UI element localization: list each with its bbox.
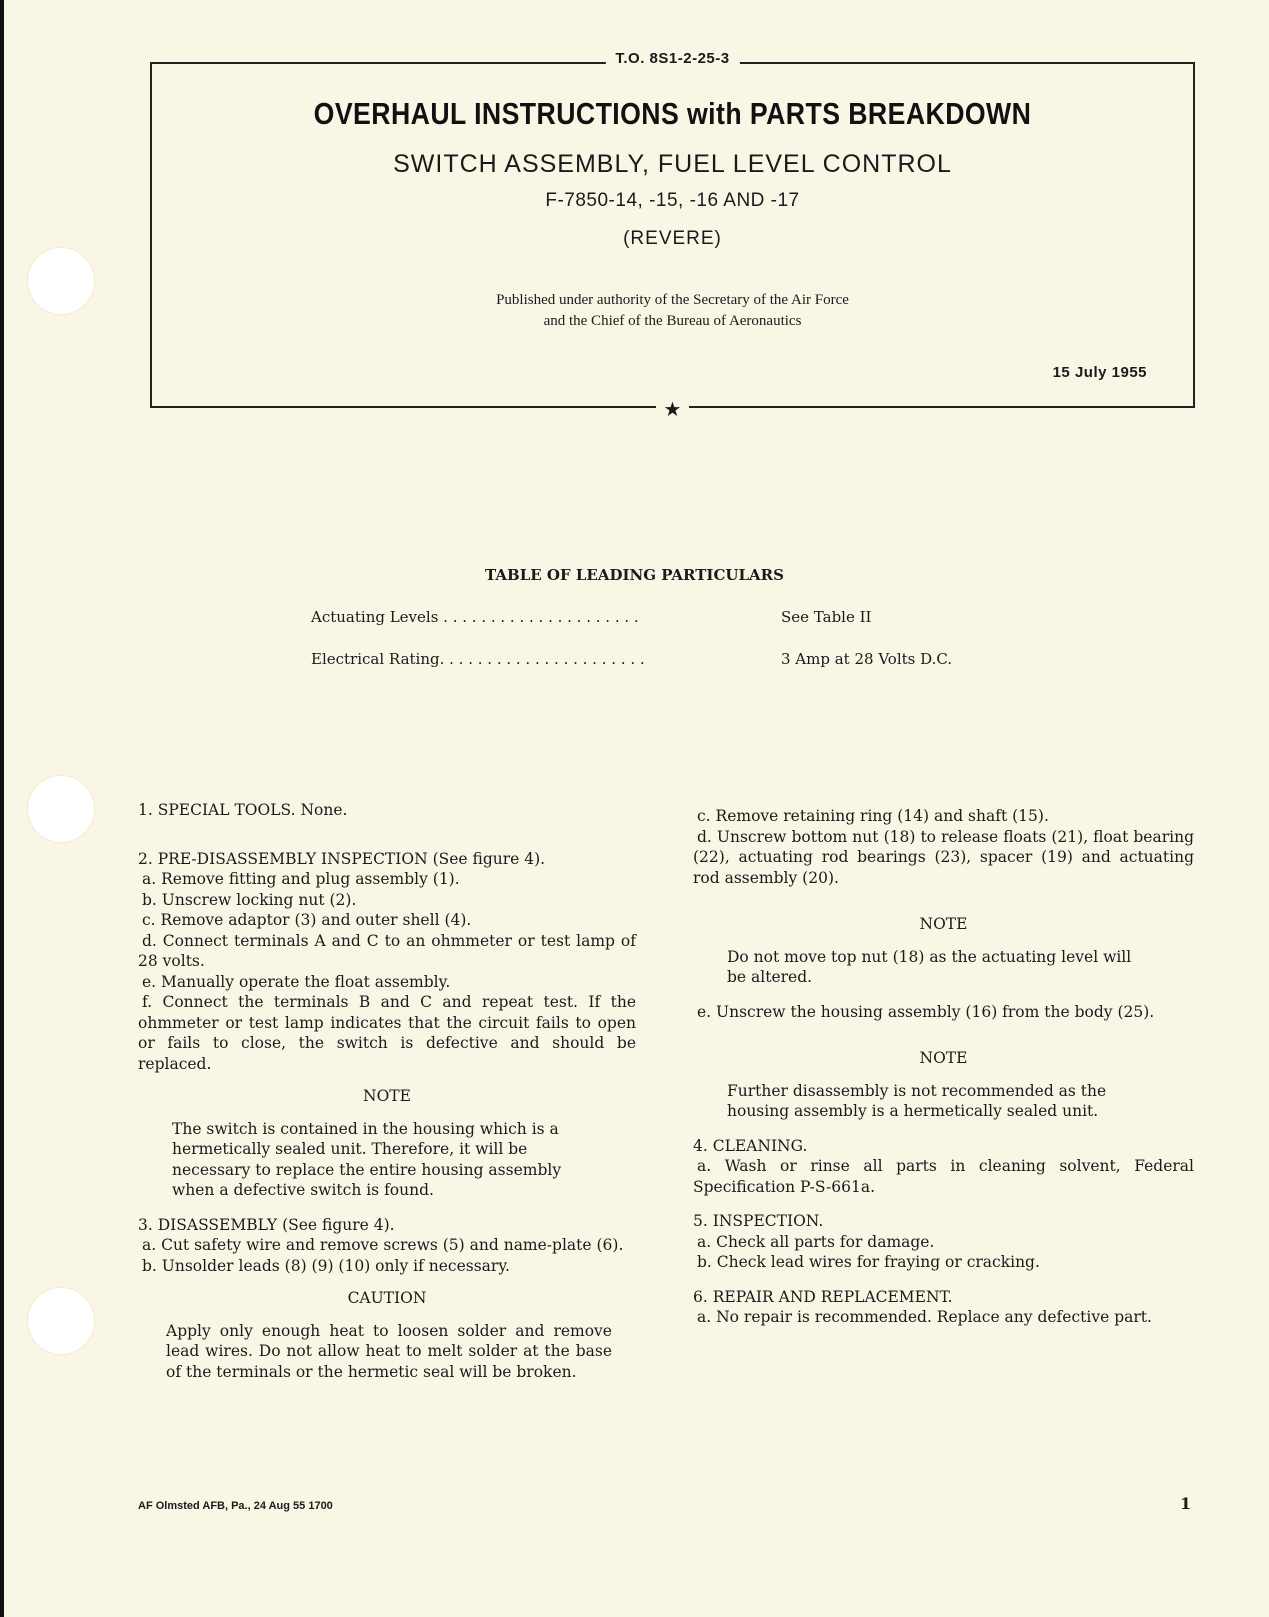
particulars-label: Actuating Levels . . . . . . . . . . . .… <box>311 608 781 626</box>
step-item: c. Remove adaptor (3) and outer shell (4… <box>138 910 636 931</box>
publication-date: 15 July 1955 <box>1053 364 1147 381</box>
print-info: AF Olmsted AFB, Pa., 24 Aug 55 1700 <box>138 1500 333 1512</box>
note-heading: NOTE <box>693 1048 1194 1069</box>
step-item: b. Unsolder leads (8) (9) (10) only if n… <box>138 1256 636 1277</box>
authority-line: and the Chief of the Bureau of Aeronauti… <box>152 311 1193 332</box>
particulars-row: Actuating Levels . . . . . . . . . . . .… <box>311 608 871 626</box>
caution-body: Apply only enough heat to loosen solder … <box>166 1321 612 1383</box>
publication-authority: Published under authority of the Secreta… <box>152 290 1193 332</box>
model-numbers: F-7850-14, -15, -16 AND -17 <box>152 190 1193 212</box>
note-body: Do not move top nut (18) as the actuatin… <box>727 947 1154 988</box>
punch-hole <box>28 1288 94 1354</box>
manufacturer: (REVERE) <box>152 228 1193 250</box>
step-item: e. Manually operate the float assembly. <box>138 972 636 993</box>
step-item: b. Check lead wires for fraying or crack… <box>693 1252 1194 1273</box>
particulars-value: 3 Amp at 28 Volts D.C. <box>781 650 952 668</box>
caution-heading: CAUTION <box>138 1288 636 1309</box>
note-heading: NOTE <box>693 914 1194 935</box>
particulars-value: See Table II <box>781 608 871 626</box>
step-item: a. Cut safety wire and remove screws (5)… <box>138 1235 636 1256</box>
step-item: d. Connect terminals A and C to an ohmme… <box>138 931 636 972</box>
leading-particulars-title: TABLE OF LEADING PARTICULARS <box>0 566 1269 584</box>
document-title: OVERHAUL INSTRUCTIONS with PARTS BREAKDO… <box>225 96 1120 132</box>
star-icon: ★ <box>656 398 690 420</box>
left-column: 1. SPECIAL TOOLS. None. 2. PRE-DISASSEMB… <box>138 800 636 1382</box>
note-body: The switch is contained in the housing w… <box>172 1119 600 1201</box>
step-item: c. Remove retaining ring (14) and shaft … <box>693 806 1194 827</box>
section-cleaning-heading: 4. CLEANING. <box>693 1136 1194 1157</box>
step-item: f. Connect the terminals B and C and rep… <box>138 992 636 1074</box>
step-item: a. No repair is recommended. Replace any… <box>693 1307 1194 1328</box>
section-disassembly-heading: 3. DISASSEMBLY (See figure 4). <box>138 1215 636 1236</box>
section-repair-heading: 6. REPAIR AND REPLACEMENT. <box>693 1287 1194 1308</box>
authority-line: Published under authority of the Secreta… <box>152 290 1193 311</box>
section-pre-disassembly-heading: 2. PRE-DISASSEMBLY INSPECTION (See figur… <box>138 849 636 870</box>
step-item: d. Unscrew bottom nut (18) to release fl… <box>693 827 1194 889</box>
section-special-tools: 1. SPECIAL TOOLS. None. <box>138 800 636 821</box>
step-item: b. Unscrew locking nut (2). <box>138 890 636 911</box>
particulars-row: Electrical Rating. . . . . . . . . . . .… <box>311 650 952 668</box>
particulars-label: Electrical Rating. . . . . . . . . . . .… <box>311 650 781 668</box>
document-subtitle: SWITCH ASSEMBLY, FUEL LEVEL CONTROL <box>152 150 1193 179</box>
page-number: 1 <box>1180 1494 1191 1513</box>
step-item: e. Unscrew the housing assembly (16) fro… <box>693 1002 1194 1023</box>
right-column: c. Remove retaining ring (14) and shaft … <box>693 806 1194 1328</box>
section-inspection-heading: 5. INSPECTION. <box>693 1211 1194 1232</box>
step-item: a. Remove fitting and plug assembly (1). <box>138 869 636 890</box>
punch-hole <box>28 248 94 314</box>
step-item: a. Wash or rinse all parts in cleaning s… <box>693 1156 1194 1197</box>
page-edge <box>0 0 4 1617</box>
punch-hole <box>28 776 94 842</box>
step-item: a. Check all parts for damage. <box>693 1232 1194 1253</box>
title-block: T.O. 8S1-2-25-3 OVERHAUL INSTRUCTIONS wi… <box>150 62 1195 408</box>
note-heading: NOTE <box>138 1086 636 1107</box>
technical-order-number: T.O. 8S1-2-25-3 <box>605 50 739 67</box>
note-body: Further disassembly is not recommended a… <box>727 1081 1154 1122</box>
